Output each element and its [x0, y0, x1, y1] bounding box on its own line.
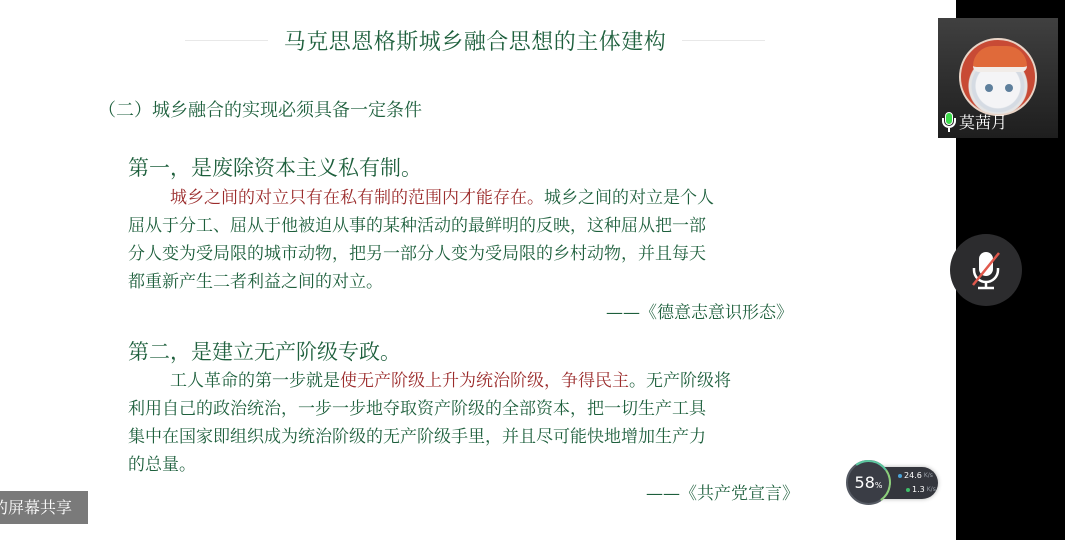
section1-quote: 城乡之间的对立只有在私有制的范围内才能存在。城乡之间的对立是个人 屈从于分工、屈…	[128, 184, 828, 296]
title-divider-left	[185, 40, 268, 41]
screen-share-label: 的屏幕共享	[0, 491, 88, 524]
quote-line: 的总量。	[128, 451, 828, 479]
quote-line: 都重新产生二者利益之间的对立。	[128, 268, 828, 296]
download-dot-icon	[906, 488, 910, 492]
emphasis-text: 城乡之间的对立只有在私有制的范围内才能存在。	[170, 188, 544, 208]
upload-speed: 24.6K/s	[898, 471, 933, 480]
participant-name-label: 莫茜月	[942, 110, 1007, 133]
quote-line: 屈从于分工、屈从于他被迫从事的某种活动的最鲜明的反映，这种屈从把一部	[128, 212, 828, 240]
mic-off-icon	[966, 248, 1006, 292]
slide-subtitle: （二）城乡融合的实现必须具备一定条件	[98, 96, 422, 122]
avatar	[959, 38, 1037, 116]
shared-slide: 马克思恩格斯城乡融合思想的主体建构 （二）城乡融合的实现必须具备一定条件 第一，…	[0, 0, 956, 540]
quote-line: 城乡之间的对立只有在私有制的范围内才能存在。城乡之间的对立是个人	[128, 184, 828, 212]
quote-line: 利用自己的政治统治，一步一步地夺取资产阶级的全部资本，把一切生产工具	[128, 395, 828, 423]
mic-active-icon	[942, 111, 956, 133]
cpu-usage-gauge: 58%	[846, 460, 891, 505]
quote-line: 分人变为受局限的城市动物，把另一部分人变为受局限的乡村动物，并且每天	[128, 240, 828, 268]
download-speed: 1.3K/s	[906, 485, 936, 494]
section1-source: ——《德意志意识形态》	[606, 298, 793, 323]
upload-dot-icon	[898, 474, 902, 478]
slide-title: 马克思恩格斯城乡融合思想的主体建构	[268, 25, 683, 56]
participant-video-tile[interactable]: 莫茜月	[938, 18, 1058, 138]
title-divider-right	[682, 40, 765, 41]
mute-toggle-button[interactable]	[950, 234, 1022, 306]
quote-line: 集中在国家即组织成为统治阶级的无产阶级手里，并且尽可能快地增加生产力	[128, 423, 828, 451]
quote-line: 工人革命的第一步就是使无产阶级上升为统治阶级，争得民主。无产阶级将	[128, 367, 828, 395]
avatar-hat	[973, 46, 1027, 72]
section2-source: ——《共产党宣言》	[646, 479, 799, 504]
section2-quote: 工人革命的第一步就是使无产阶级上升为统治阶级，争得民主。无产阶级将 利用自己的政…	[128, 367, 828, 479]
emphasis-text: 使无产阶级上升为统治阶级，争得民主	[340, 371, 629, 391]
participant-name: 莫茜月	[959, 110, 1007, 133]
slide-title-row: 马克思恩格斯城乡融合思想的主体建构	[185, 22, 765, 58]
section1-heading: 第一，是废除资本主义私有制。	[128, 152, 422, 182]
section2-heading: 第二，是建立无产阶级专政。	[128, 336, 401, 366]
